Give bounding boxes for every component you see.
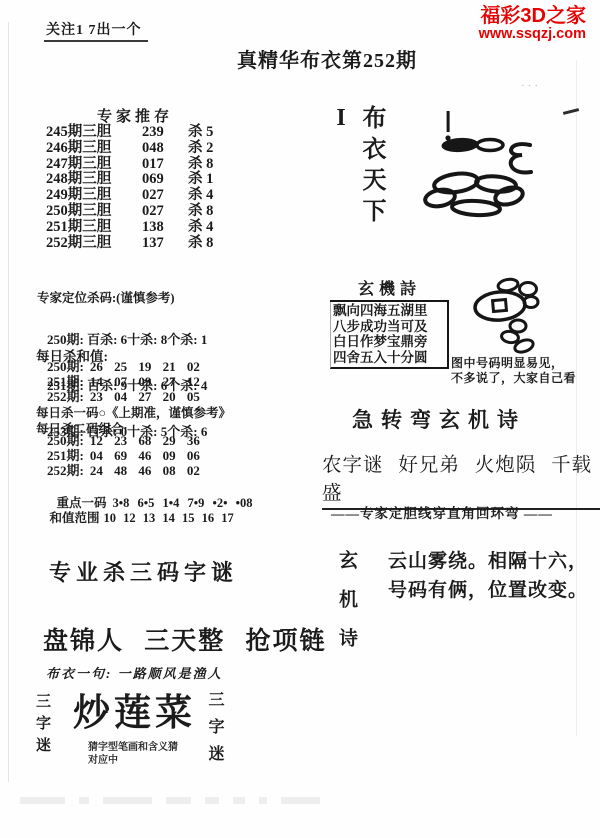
sharp-turn-riddle-line: 农字谜 好兄弟 火炮陨 千载盛 xyxy=(322,449,600,510)
buyi-doodle-sketch xyxy=(410,95,580,225)
list-item: 251期:04 69 46 09 06 xyxy=(47,448,200,463)
vertical-title-buyitianxia: 布衣天下I xyxy=(327,105,389,250)
three-char-riddle-answer: 炒莲菜 xyxy=(73,682,196,736)
mystery-poem-lines: 飘向四海五湖里 八步成功当可及 白日作梦宝鼎旁 四舍五入十分圆 xyxy=(330,302,449,369)
sum-range-line: 和值范围10 12 13 14 15 16 17 xyxy=(37,493,234,541)
logo-site-url: www.ssqzj.com xyxy=(479,27,586,42)
kill-three-riddle-header: 专业杀三码字谜 xyxy=(49,556,238,587)
logo-brand-text: 福彩3D之家 xyxy=(479,6,586,27)
buyi-tip-sheet-page: 关注1 7出一个 真精华布衣第252期 福彩3D之家 www.ssqzj.com… xyxy=(0,0,600,838)
coin-doodle-sketch xyxy=(462,272,567,362)
list-item: 252期:24 48 46 08 02 xyxy=(47,463,200,478)
scan-dots-artifact: ··· xyxy=(521,80,541,92)
three-char-riddle-label-left: 三字迷 xyxy=(32,693,53,778)
list-item: 250期:26 25 19 21 02 xyxy=(47,359,200,374)
site-logo: 福彩3D之家 www.ssqzj.com xyxy=(479,6,586,42)
expert-recommend-table: 245期三胆 239 杀 5 246期三胆 048 杀 2 247期三胆 017… xyxy=(46,125,213,251)
left-page-edge xyxy=(8,22,9,782)
daily-kill-sum-rows: 250期:26 25 19 21 02 251期:14 07 09 27 12 … xyxy=(47,359,200,405)
table-row: 246期三胆 048 杀 2 xyxy=(46,141,213,157)
kill-three-riddle-line: 盘锦人 三天整 抢项链 xyxy=(43,621,327,657)
three-char-riddle-note: 猜字型笔画和含义猜 对应中 xyxy=(88,741,178,767)
list-item: 250期:12 23 68 29 36 xyxy=(47,433,200,448)
page-title: 真精华布衣第252期 xyxy=(237,44,417,73)
sharp-turn-subline: ——专家定胆线穿直角回环弯 —— xyxy=(331,502,553,522)
mystery-poem-header: 玄機詩 xyxy=(330,276,449,302)
table-row: 249期三胆 027 杀 4 xyxy=(46,188,213,204)
sharp-turn-header: 急转弯玄机诗 xyxy=(352,404,526,434)
table-row: 248期三胆 069 杀 1 xyxy=(46,172,213,188)
sum-range-label: 和值范围 xyxy=(50,511,100,525)
three-char-riddle-label-right: 三字迷 xyxy=(203,691,226,791)
buyi-sentence: 布衣一句: 一路顺风是渔人 xyxy=(46,663,223,682)
list-item: 251期:14 07 09 27 12 xyxy=(47,374,200,389)
xuanji-vertical-label: 玄机诗 xyxy=(333,550,360,670)
table-row: 245期三胆 239 杀 5 xyxy=(46,125,213,141)
mystery-poem-box: 玄機詩 飘向四海五湖里 八步成功当可及 白日作梦宝鼎旁 四舍五入十分圆 xyxy=(330,276,449,369)
xuanji-poem-lines: 云山雾绕。相隔十六， 号码有俩，位置改变。 xyxy=(388,547,588,605)
daily-kill-two-rows: 250期:12 23 68 29 36 251期:04 69 46 09 06 … xyxy=(47,433,200,479)
table-row: 251期三胆 138 杀 4 xyxy=(46,220,213,236)
table-row: 250期三胆 027 杀 8 xyxy=(46,204,213,220)
sum-range-values: 10 12 13 14 15 16 17 xyxy=(100,511,234,525)
table-row: 252期三胆 137 杀 8 xyxy=(46,236,213,252)
bottom-ghost-smudge xyxy=(20,797,320,805)
focus-note: 关注1 7出一个 xyxy=(44,19,148,42)
coin-doodle-note: 图中号码明显易见， 不多说了，大家自己看 xyxy=(451,356,576,386)
expert-recommend-header: 专家推存 xyxy=(97,105,173,126)
